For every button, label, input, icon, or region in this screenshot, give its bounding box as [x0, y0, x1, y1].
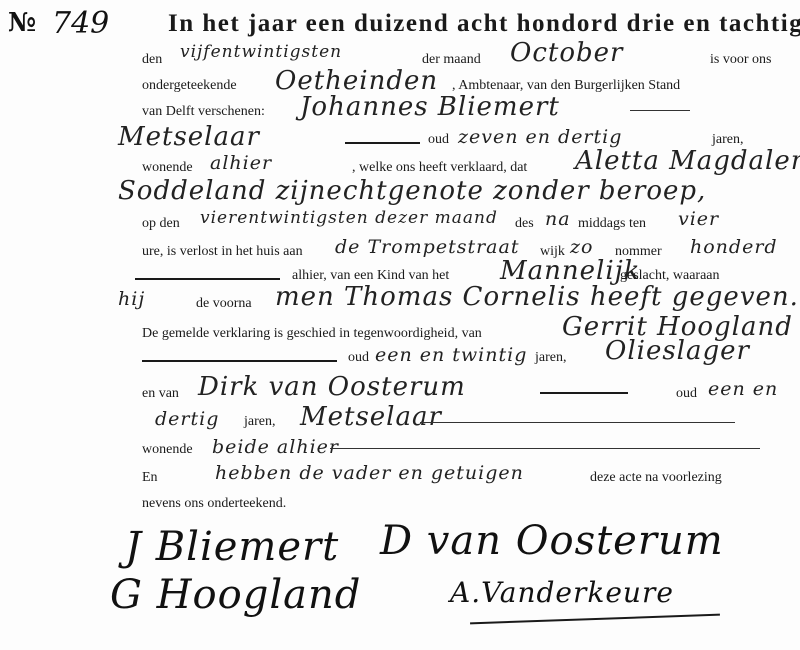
- l8-ure-verlost: ure, is verlost in het huis aan: [142, 244, 303, 260]
- l3-declarant-handwritten: Johannes Bliemert: [300, 92, 560, 122]
- l16-en: En: [142, 470, 158, 486]
- l13-en-van: en van: [142, 386, 179, 402]
- l12-occupation-handwritten: Olieslager: [605, 336, 750, 366]
- l7-des: des: [515, 216, 534, 232]
- l15-residence-handwritten: beide alhier: [212, 436, 339, 458]
- l4-occupation-handwritten: Metselaar: [118, 122, 260, 152]
- record-number-prefix: №: [8, 8, 36, 38]
- l5-residence-handwritten: alhier: [210, 152, 272, 174]
- l2-ondergeteekende: ondergeteekende: [142, 78, 237, 94]
- blank-line: [345, 142, 420, 144]
- l5-welke-ons: , welke ons heeft verklaard, dat: [352, 160, 527, 176]
- signature-father: J Bliemert: [125, 524, 339, 570]
- blank-line: [330, 448, 760, 449]
- l14-age-continued-handwritten: dertig: [155, 408, 219, 430]
- l14-occupation-handwritten: Metselaar: [300, 402, 442, 432]
- l3-van-delft: van Delft verschenen:: [142, 104, 265, 120]
- l7-date-handwritten: vierentwintigsten dezer maand: [200, 208, 498, 228]
- blank-line: [135, 278, 280, 280]
- l14-jaren: jaren,: [244, 414, 275, 430]
- l10-de-voorna: de voorna: [196, 296, 252, 312]
- signature-underline: [470, 614, 720, 625]
- l17-nevens-ons: nevens ons onderteekend.: [142, 496, 286, 512]
- signature-witness-1: G Hoogland: [110, 572, 361, 618]
- l13-witness2-handwritten: Dirk van Oosterum: [198, 372, 466, 402]
- record-number: 749: [52, 6, 109, 41]
- l1-month-handwritten: October: [510, 38, 623, 68]
- l13-age-handwritten: een en: [708, 378, 778, 400]
- blank-line: [540, 392, 628, 394]
- l7-hour-handwritten: vier: [678, 208, 719, 230]
- l16-deze-acte: deze acte na voorlezing: [590, 470, 722, 486]
- l5-wonende: wonende: [142, 160, 193, 176]
- signature-witness-2: D van Oosterum: [380, 518, 724, 564]
- blank-line: [142, 360, 337, 362]
- blank-line: [420, 422, 735, 423]
- l7-na-handwritten: na: [545, 208, 571, 230]
- l1-is-voor-ons: is voor ons: [710, 52, 771, 68]
- l11-verklaring: De gemelde verklaring is geschied in teg…: [142, 326, 482, 342]
- l7-middags-ten: middags ten: [578, 216, 646, 232]
- l15-wonende: wonende: [142, 442, 193, 458]
- signature-official: A.Vanderkeure: [450, 576, 674, 609]
- l10-child-name-handwritten: men Thomas Cornelis heeft gegeven.: [275, 282, 799, 312]
- l6-mother-continued-handwritten: Soddeland zijnechtgenote zonder beroep,: [118, 176, 706, 206]
- l12-jaren: jaren,: [535, 350, 566, 366]
- l10-hij-handwritten: hij: [118, 288, 145, 310]
- blank-line: [630, 110, 690, 111]
- l16-signers-handwritten: hebben de vader en getuigen: [215, 462, 524, 484]
- l7-op-den: op den: [142, 216, 180, 232]
- l4-age-handwritten: zeven en dertig: [458, 126, 622, 148]
- birth-record-page: № 749 In het jaar een duizend acht hondo…: [0, 0, 800, 650]
- heading: In het jaar een duizend acht hondord dri…: [168, 10, 800, 38]
- l8-number-handwritten: honderd: [690, 236, 778, 258]
- l1-den: den: [142, 52, 162, 68]
- l8-wijk-handwritten: zo: [570, 236, 593, 258]
- l12-oud: oud: [348, 350, 369, 366]
- l1-day-handwritten: vijfentwintigsten: [180, 42, 342, 62]
- l13-oud: oud: [676, 386, 697, 402]
- l4-oud: oud: [428, 132, 449, 148]
- l5-mother-handwritten: Aletta Magdalena: [575, 146, 800, 176]
- l12-age-handwritten: een en twintig: [375, 344, 527, 366]
- l8-street-handwritten: de Trompetstraat: [335, 236, 519, 258]
